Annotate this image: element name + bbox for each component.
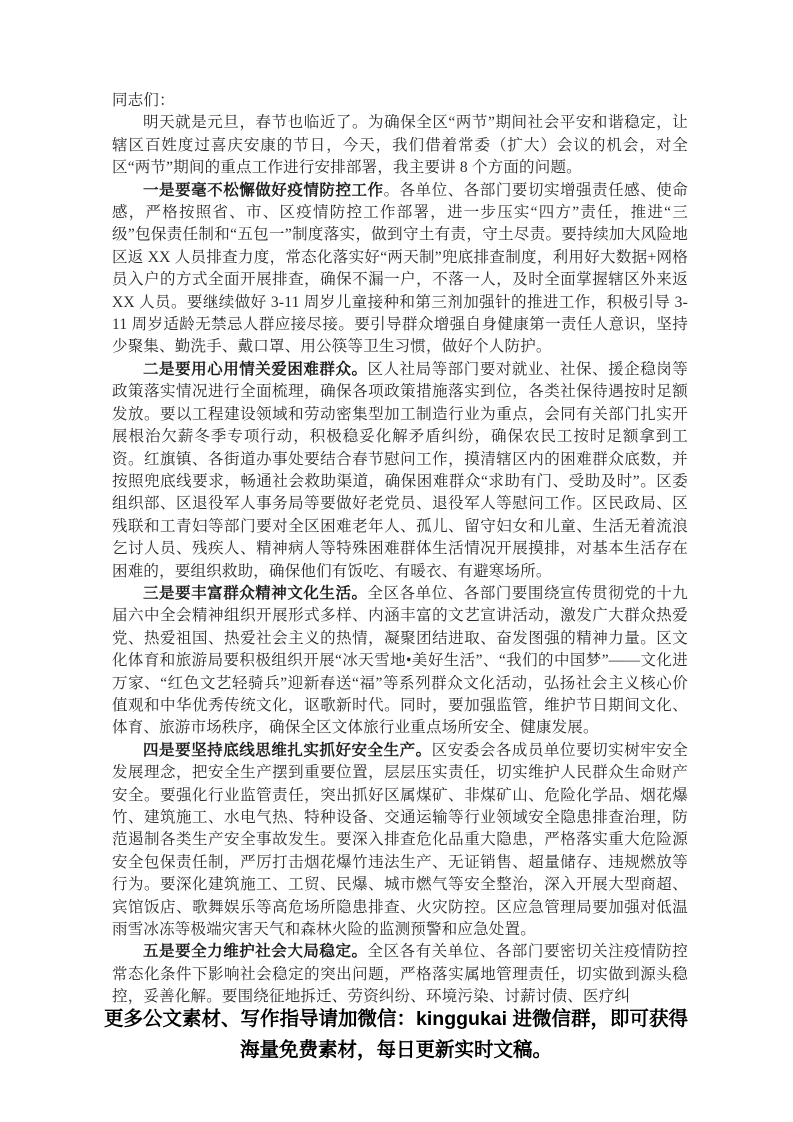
section-3-heading: 三是要丰富群众精神文化生活。: [143, 585, 368, 602]
section-1-paragraph: 一是要毫不松懈做好疫情防控工作。各单位、各部门要切实增强责任感、使命感，严格按照…: [112, 180, 688, 359]
section-1-text: 。各单位、各部门要切实增强责任感、使命感，严格按照省、市、区疫情防控工作部署，进…: [112, 182, 688, 356]
section-2-heading: 二是要用心用情关爱困难群众。: [143, 361, 368, 378]
document-page: 同志们： 明天就是元旦，春节也临近了。为确保全区“两节”期间社会平安和谐稳定，让…: [0, 0, 793, 1122]
section-2-text: 区人社局等部门要对就业、社保、援企稳岗等政策落实情况进行全面梳理，确保各项政策措…: [112, 361, 688, 580]
section-2-paragraph: 二是要用心用情关爱困难群众。区人社局等部门要对就业、社保、援企稳岗等政策落实情况…: [112, 359, 688, 583]
section-4-text: 区安委会各成员单位要切实树牢安全发展理念，把安全生产摆到重要位置，层层压实责任，…: [112, 742, 688, 938]
section-1-heading: 一是要毫不松懈做好疫情防控工作: [143, 182, 384, 199]
intro-paragraph: 明天就是元旦，春节也临近了。为确保全区“两节”期间社会平安和谐稳定，让辖区百姓度…: [112, 112, 688, 179]
section-3-paragraph: 三是要丰富群众精神文化生活。全区各单位、各部门要围绕宣传贯彻党的十九届六中全会精…: [112, 583, 688, 740]
salutation: 同志们：: [112, 90, 688, 112]
promo-footer: 更多公文素材、写作指导请加微信：kinggukai 进微信群，即可获得海量免费素…: [96, 1004, 696, 1066]
section-3-text: 全区各单位、各部门要围绕宣传贯彻党的十九届六中全会精神组织开展形式多样、内涵丰富…: [112, 585, 688, 736]
section-5-heading: 五是要全力维护社会大局稳定。: [143, 943, 368, 960]
section-4-paragraph: 四是要坚持底线思维扎实抓好安全生产。区安委会各成员单位要切实树牢安全发展理念，把…: [112, 740, 688, 942]
document-body: 同志们： 明天就是元旦，春节也临近了。为确保全区“两节”期间社会平安和谐稳定，让…: [112, 90, 688, 1009]
section-4-heading: 四是要坚持底线思维扎实抓好安全生产。: [143, 742, 432, 759]
section-5-paragraph: 五是要全力维护社会大局稳定。全区各有关单位、各部门要密切关注疫情防控常态化条件下…: [112, 941, 688, 1008]
intro-paragraph-text: 明天就是元旦，春节也临近了。为确保全区“两节”期间社会平安和谐稳定，让辖区百姓度…: [112, 114, 688, 176]
